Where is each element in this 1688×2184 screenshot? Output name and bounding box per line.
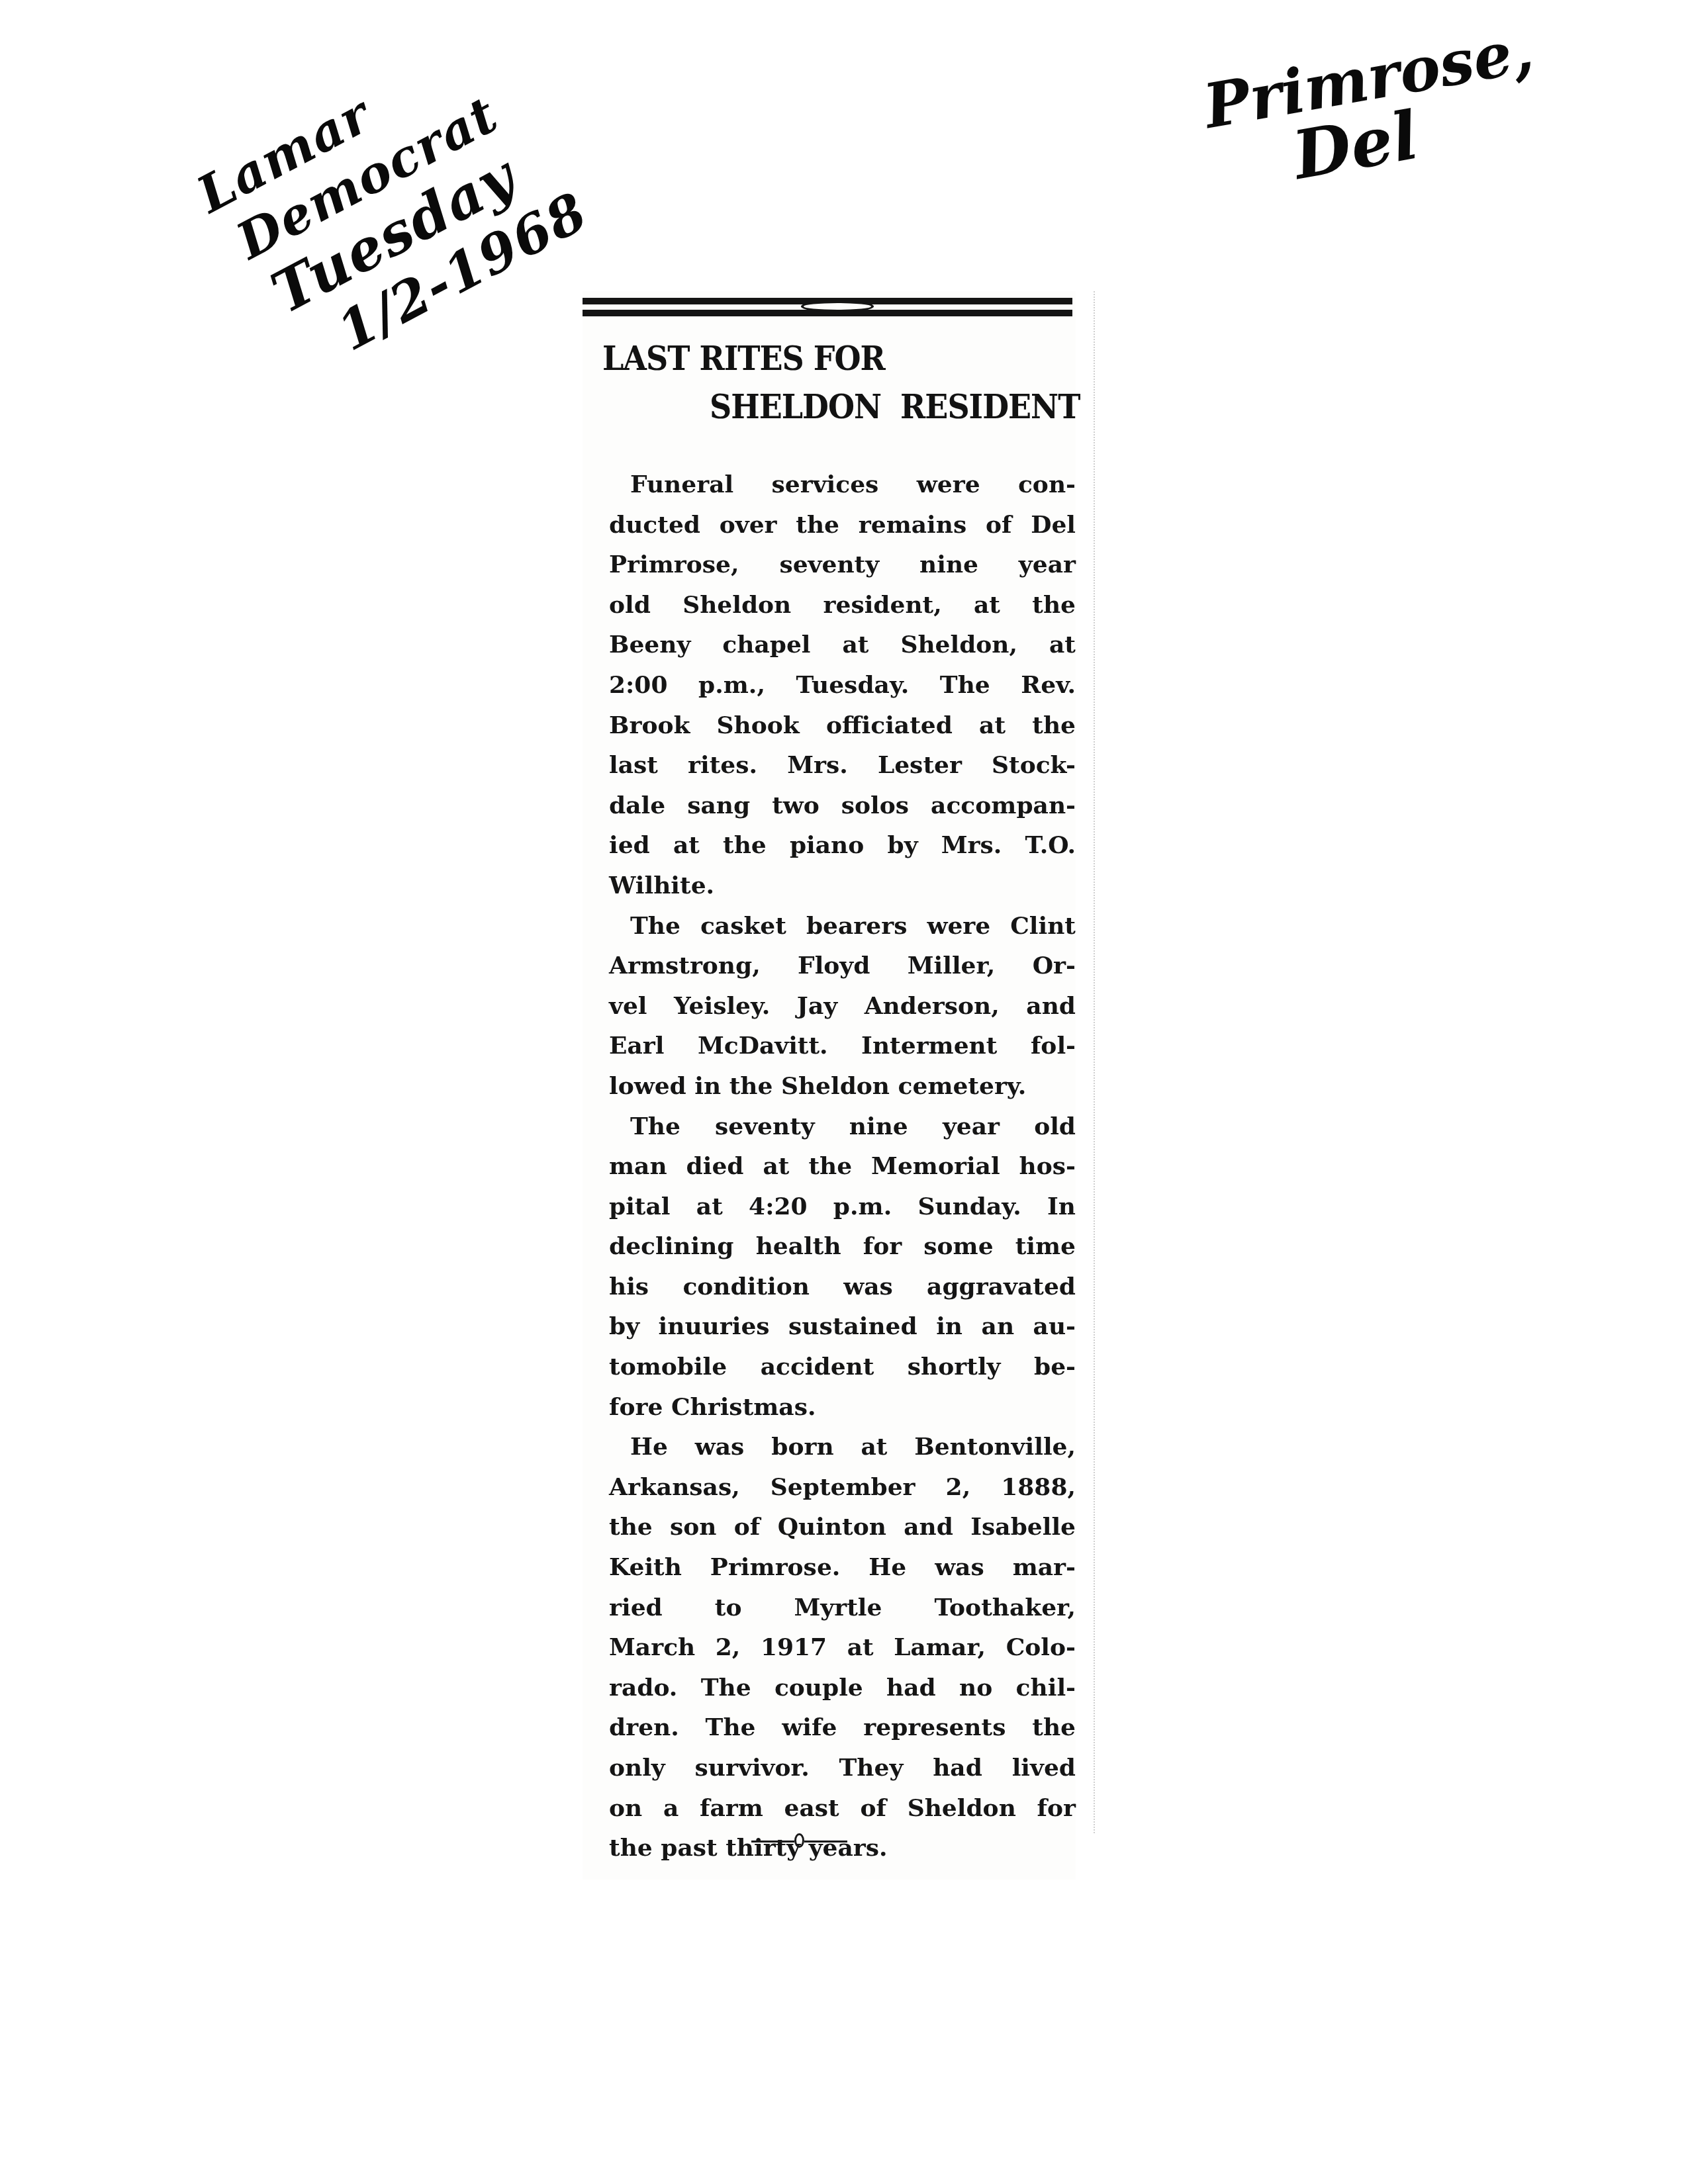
article-text-line: ied at the piano by Mrs. T.O. (609, 825, 1076, 866)
end-mark-circle-icon (794, 1833, 804, 1848)
article-text-line: He was born at Bentonville, (609, 1427, 1076, 1467)
header-double-rule (583, 298, 1072, 318)
clipping-edge-line (1094, 291, 1095, 1833)
handwritten-source-note: Lamar Democrat Tuesday 1/2-1968 (167, 40, 581, 440)
article-text-line: The casket bearers were Clint (609, 906, 1076, 946)
article-text-line: Keith Primrose. He was mar- (609, 1547, 1076, 1588)
article-text-line: Armstrong, Floyd Miller, Or- (609, 946, 1076, 986)
article-text-line: Funeral services were con- (609, 465, 1076, 505)
article-text-line: fore Christmas. (609, 1387, 1076, 1428)
article-headline: LAST RITES FOR SHELDON RESIDENT (602, 334, 1079, 430)
article-text-line: tomobile accident shortly be- (609, 1347, 1076, 1387)
article-text-line: dren. The wife represents the (609, 1707, 1076, 1748)
headline-line-1: LAST RITES FOR (602, 334, 1079, 383)
article-body: Funeral services were con-ducted over th… (609, 465, 1076, 1868)
article-text-line: dale sang two solos accompan- (609, 786, 1076, 826)
article-text-line: lowed in the Sheldon cemetery. (609, 1066, 1076, 1107)
article-text-line: Primrose, seventy nine year (609, 545, 1076, 585)
article-text-line: pital at 4:20 p.m. Sunday. In (609, 1187, 1076, 1227)
article-text-line: declining health for some time (609, 1226, 1076, 1267)
article-text-line: Wilhite. (609, 866, 1076, 906)
rule-ornament-icon (801, 300, 874, 312)
article-text-line: Arkansas, September 2, 1888, (609, 1467, 1076, 1508)
article-text-line: the son of Quinton and Isabelle (609, 1507, 1076, 1547)
article-text-line: old Sheldon resident, at the (609, 585, 1076, 625)
end-of-article-mark (751, 1833, 847, 1849)
article-text-line: last rites. Mrs. Lester Stock- (609, 745, 1076, 786)
article-text-line: ried to Myrtle Toothaker, (609, 1588, 1076, 1628)
article-text-line: March 2, 1917 at Lamar, Colo- (609, 1627, 1076, 1668)
handwritten-name-note: Primrose, Del (1199, 22, 1539, 227)
end-mark-rule-left (751, 1841, 794, 1843)
article-text-line: his condition was aggravated (609, 1267, 1076, 1307)
article-text-line: vel Yeisley. Jay Anderson, and (609, 986, 1076, 1026)
end-mark-rule-right (804, 1841, 847, 1843)
article-text-line: man died at the Memorial hos- (609, 1146, 1076, 1187)
article-text-line: The seventy nine year old (609, 1107, 1076, 1147)
article-text-line: by inuuries sustained in an au- (609, 1306, 1076, 1347)
article-text-line: Brook Shook officiated at the (609, 705, 1076, 746)
newspaper-clipping: LAST RITES FOR SHELDON RESIDENT Funeral … (583, 291, 1076, 1880)
article-text-line: Beeny chapel at Sheldon, at (609, 625, 1076, 665)
article-text-line: on a farm east of Sheldon for (609, 1788, 1076, 1829)
article-text-line: rado. The couple had no chil- (609, 1668, 1076, 1708)
article-text-line: ducted over the remains of Del (609, 505, 1076, 545)
article-text-line: only survivor. They had lived (609, 1748, 1076, 1788)
article-text-line: Earl McDavitt. Interment fol- (609, 1026, 1076, 1066)
article-text-line: 2:00 p.m., Tuesday. The Rev. (609, 665, 1076, 705)
headline-line-2: SHELDON RESIDENT (602, 383, 1079, 431)
